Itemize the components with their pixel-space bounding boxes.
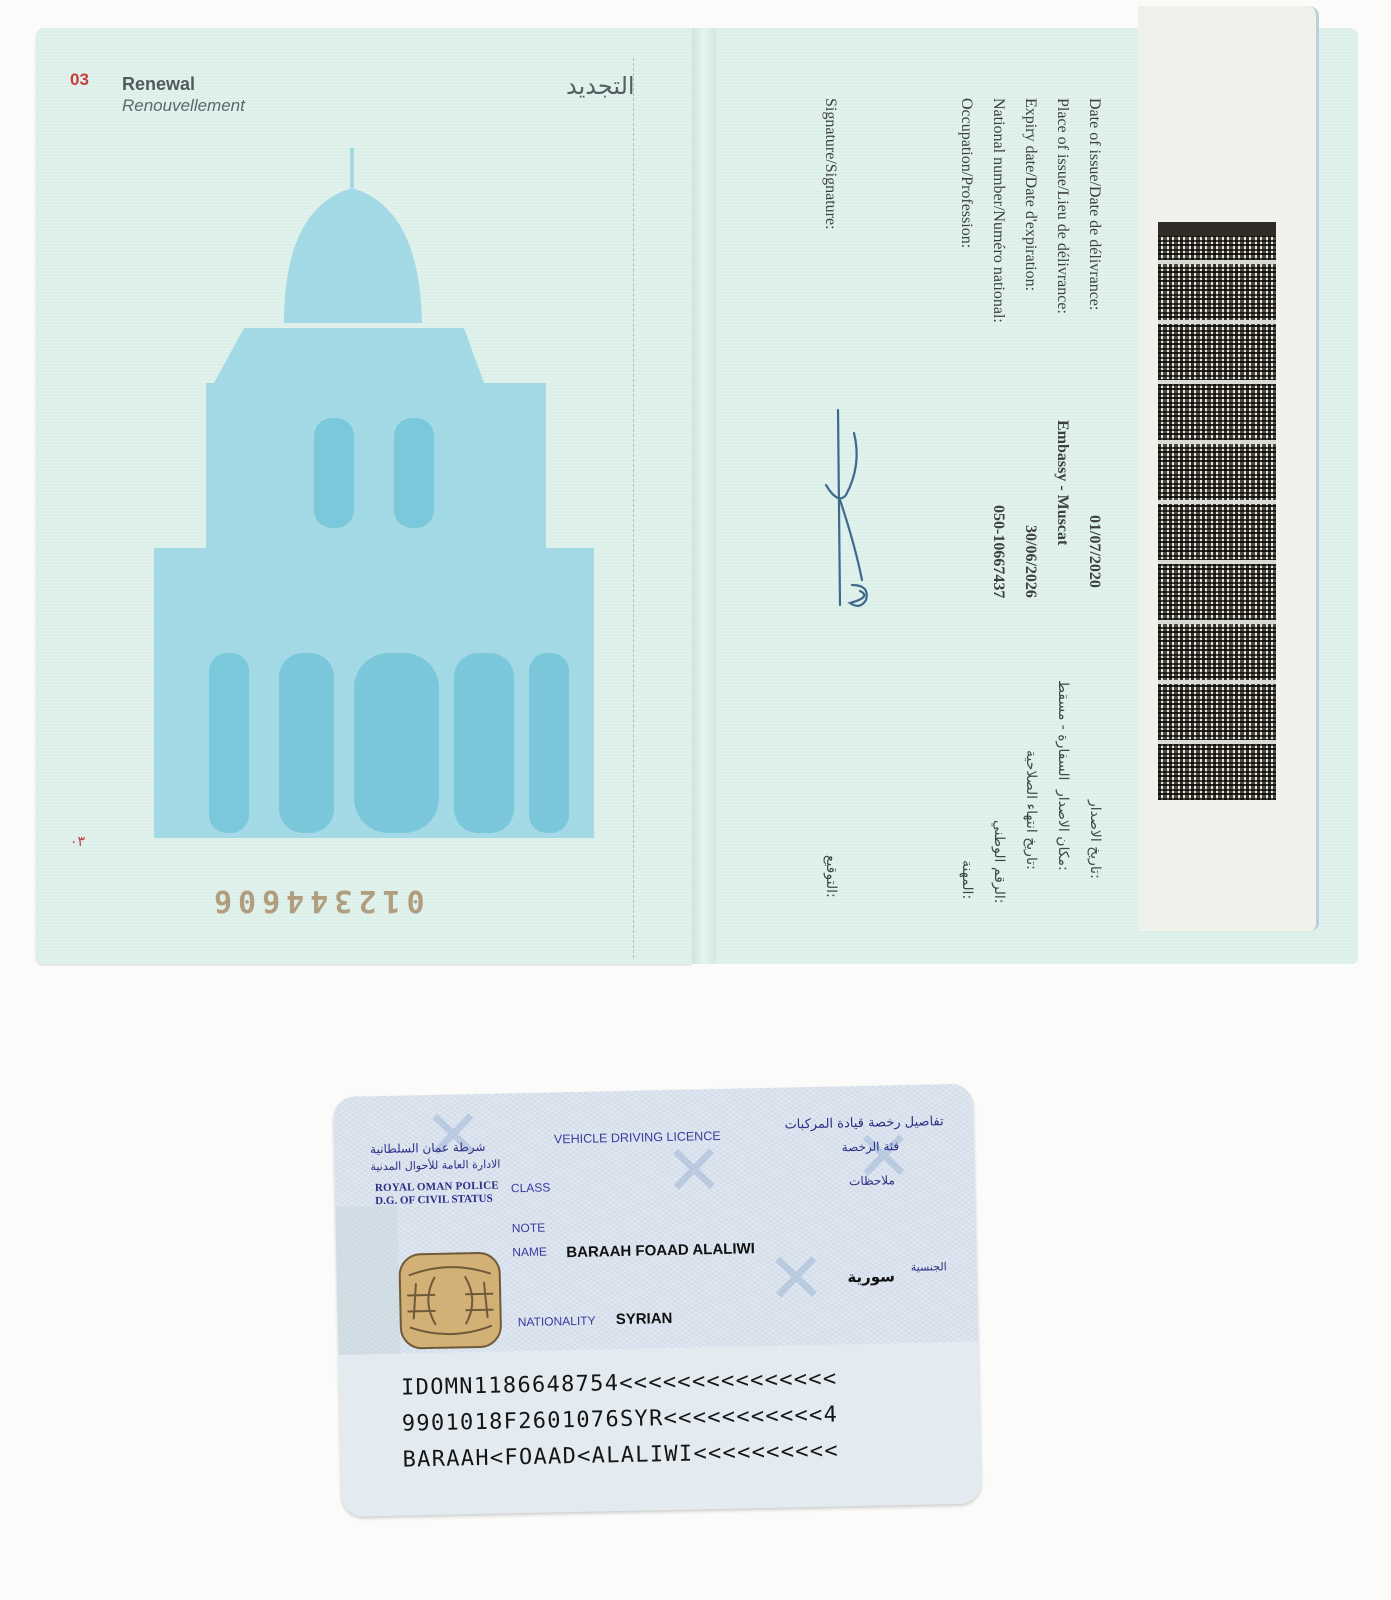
field-label-ar-date-of-issue: تاريخ الاصدار: [1087,800,1103,879]
field-label-ar-occupation: المهنة: [959,860,975,899]
smart-chip-icon [398,1252,502,1350]
name-label: NAME [512,1245,547,1260]
field-label-national-number: National number/Numéro national: [989,98,1007,323]
driving-licence-card: ✕ ✕ ✕ ✕ شرطة عمان السلطانية الادارة العا… [333,1084,982,1517]
field-label-ar-signature: التوقيع: [823,855,839,898]
class-label: CLASS [511,1180,551,1195]
chip-antenna [335,1206,400,1362]
class-label-arabic: فئة الرخصة [842,1139,900,1154]
mosque-dome-watermark-icon [154,148,594,838]
perforated-passport-number: 012344606 [208,883,588,923]
page-number-arabic: ٠٣ [70,834,85,850]
field-label-place-of-issue: Place of issue/Lieu de délivrance: [1053,98,1071,314]
field-value-ar-place-of-issue: السفارة - مسقط [1055,680,1071,780]
field-label-occupation: Occupation/Profession: [957,98,975,248]
page-subtitle: Renouvellement [122,96,245,116]
page-title-arabic: التجديد [566,72,635,100]
passport-spine [692,28,716,964]
page-number: 03 [70,70,89,90]
2d-barcode-icon [1158,222,1276,800]
page-fold-line [633,58,634,958]
barcode-header-bar [1158,222,1276,236]
nationality-label-arabic: الجنسية [911,1260,947,1274]
nationality-label: NATIONALITY [518,1314,596,1330]
field-value-expiry-date: 30/06/2026 [1021,525,1039,598]
nationality-value: SYRIAN [616,1310,673,1328]
note-label-arabic: ملاحظات [849,1173,895,1188]
issuer-arabic-line-1: شرطة عمان السلطانية [370,1140,486,1156]
issuer-department: D.G. OF CIVIL STATUS [375,1193,493,1207]
issuer-arabic-line-2: الادارة العامة للأحوال المدنية [370,1158,500,1174]
field-label-ar-place-of-issue: مكان الاصدار: [1055,790,1071,871]
khanjar-emblem-icon: ✕ [766,1237,826,1320]
field-label-ar-national-number: الرقم الوطني: [991,820,1007,903]
holder-name: BARAAH FOAAD ALALIWI [566,1240,755,1261]
field-value-place-of-issue: Embassy - Muscat [1053,420,1071,545]
passport-left-page: 03 Renewal Renouvellement التجديد [36,28,692,964]
field-value-national-number: 050-10667437 [989,505,1007,598]
field-label-date-of-issue: Date of issue/Date de délivrance: [1085,98,1103,310]
field-label-ar-expiry-date: تاريخ انتهاء الصلاحية: [1023,750,1039,870]
field-label-expiry-date: Expiry date/Date d'expiration: [1021,98,1039,291]
handwritten-signature-icon [800,405,880,610]
nationality-value-arabic: سورية [847,1267,895,1286]
field-value-date-of-issue: 01/07/2020 [1085,515,1103,588]
card-title-arabic: تفاصيل رخصة قيادة المركبات [784,1114,943,1132]
note-label: NOTE [512,1221,546,1236]
page-title: Renewal [122,74,195,95]
field-label-signature: Signature/Signature: [821,98,839,230]
